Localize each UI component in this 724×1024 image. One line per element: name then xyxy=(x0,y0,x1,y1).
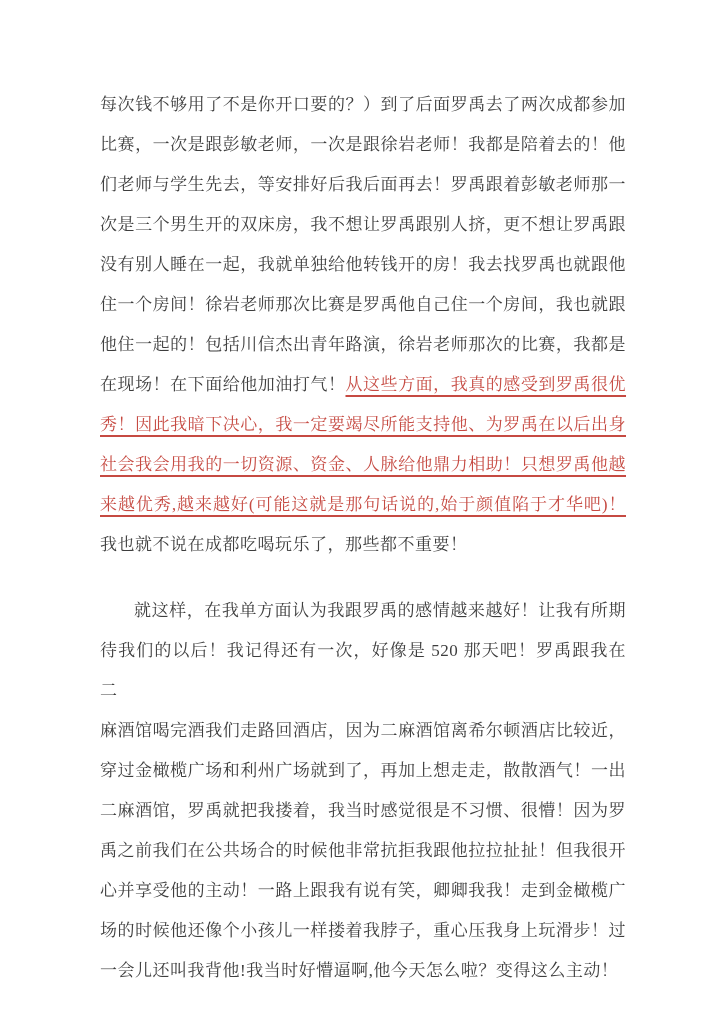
text-segment: 在现场！在下面给他加油打气！ xyxy=(100,375,345,394)
text-line: 比赛，一次是跟彭敏老师，一次是跟徐岩老师！我都是陪着去的！他 xyxy=(100,125,626,165)
text-segment: 穿过金橄榄广场和利州广场就到了，再加上想走走，散散酒气！一出 xyxy=(100,761,626,780)
paragraph: 每次钱不够用了不是你开口要的？）到了后面罗禹去了两次成都参加比赛，一次是跟彭敏老… xyxy=(100,85,626,565)
document-page: 每次钱不够用了不是你开口要的？）到了后面罗禹去了两次成都参加比赛，一次是跟彭敏老… xyxy=(0,0,724,1024)
highlighted-text-segment: 社会我会用我的一切资源、资金、人脉给他鼎力相助！只想罗禹他越 xyxy=(100,455,626,474)
highlighted-text-segment: 来越优秀,越来越好(可能这就是那句话说的,始于颜值陷于才华吧)！ xyxy=(100,495,626,514)
text-line: 秀！因此我暗下决心，我一定要竭尽所能支持他、为罗禹在以后出身 xyxy=(100,405,626,445)
text-line: 二麻酒馆，罗禹就把我搂着，我当时感觉很是不习惯、很懵！因为罗 xyxy=(100,791,626,831)
text-line: 在现场！在下面给他加油打气！从这些方面，我真的感受到罗禹很优 xyxy=(100,365,626,405)
text-line: 场的时候他还像个小孩儿一样搂着我脖子，重心压我身上玩滑步！过 xyxy=(100,911,626,951)
text-segment: 比赛，一次是跟彭敏老师，一次是跟徐岩老师！我都是陪着去的！他 xyxy=(100,135,626,154)
paragraph: 就这样，在我单方面认为我跟罗禹的感情越来越好！让我有所期待我们的以后！我记得还有… xyxy=(100,591,626,991)
text-line: 待我们的以后！我记得还有一次，好像是 520 那天吧！罗禹跟我在二 xyxy=(100,631,626,711)
text-line: 每次钱不够用了不是你开口要的？）到了后面罗禹去了两次成都参加 xyxy=(100,85,626,125)
text-segment: 禹之前我们在公共场合的时候他非常抗拒我跟他拉拉扯扯！但我很开 xyxy=(100,841,626,860)
text-segment: 我也就不说在成都吃喝玩乐了，那些都不重要！ xyxy=(100,535,468,554)
text-line: 社会我会用我的一切资源、资金、人脉给他鼎力相助！只想罗禹他越 xyxy=(100,445,626,485)
highlighted-text-segment: 秀！因此我暗下决心，我一定要竭尽所能支持他、为罗禹在以后出身 xyxy=(100,415,626,434)
text-line: 麻酒馆喝完酒我们走路回酒店，因为二麻酒馆离希尔顿酒店比较近， xyxy=(100,711,626,751)
highlighted-text-segment: 从这些方面，我真的感受到罗禹很优 xyxy=(345,375,626,394)
text-segment: 住一个房间！徐岩老师那次比赛是罗禹他自己住一个房间，我也就跟 xyxy=(100,295,626,314)
text-segment: 次是三个男生开的双床房，我不想让罗禹跟别人挤，更不想让罗禹跟 xyxy=(100,215,626,234)
text-line: 们老师与学生先去，等安排好后我后面再去！罗禹跟着彭敏老师那一 xyxy=(100,165,626,205)
text-segment: 们老师与学生先去，等安排好后我后面再去！罗禹跟着彭敏老师那一 xyxy=(100,175,626,194)
text-segment: 一会儿还叫我背他!我当时好懵逼啊,他今天怎么啦？变得这么主动！ xyxy=(100,961,618,980)
text-segment: 二麻酒馆，罗禹就把我搂着，我当时感觉很是不习惯、很懵！因为罗 xyxy=(100,801,626,820)
text-line: 我也就不说在成都吃喝玩乐了，那些都不重要！ xyxy=(100,525,626,565)
text-segment: 待我们的以后！我记得还有一次，好像是 520 那天吧！罗禹跟我在二 xyxy=(100,641,626,700)
text-segment: 每次钱不够用了不是你开口要的？）到了后面罗禹去了两次成都参加 xyxy=(100,95,626,114)
text-line: 来越优秀,越来越好(可能这就是那句话说的,始于颜值陷于才华吧)！ xyxy=(100,485,626,525)
text-segment: 没有别人睡在一起，我就单独给他转钱开的房！我去找罗禹也就跟他 xyxy=(100,255,626,274)
text-segment: 麻酒馆喝完酒我们走路回酒店，因为二麻酒馆离希尔顿酒店比较近， xyxy=(100,721,626,740)
text-line: 他住一起的！包括川信杰出青年路演，徐岩老师那次的比赛，我都是 xyxy=(100,325,626,365)
text-line: 住一个房间！徐岩老师那次比赛是罗禹他自己住一个房间，我也就跟 xyxy=(100,285,626,325)
text-line: 次是三个男生开的双床房，我不想让罗禹跟别人挤，更不想让罗禹跟 xyxy=(100,205,626,245)
text-line: 没有别人睡在一起，我就单独给他转钱开的房！我去找罗禹也就跟他 xyxy=(100,245,626,285)
text-line: 禹之前我们在公共场合的时候他非常抗拒我跟他拉拉扯扯！但我很开 xyxy=(100,831,626,871)
text-line: 心并享受他的主动！一路上跟我有说有笑，卿卿我我！走到金橄榄广 xyxy=(100,871,626,911)
text-segment: 就这样，在我单方面认为我跟罗禹的感情越来越好！让我有所期 xyxy=(134,601,626,620)
text-segment: 他住一起的！包括川信杰出青年路演，徐岩老师那次的比赛，我都是 xyxy=(100,335,626,354)
text-line: 就这样，在我单方面认为我跟罗禹的感情越来越好！让我有所期 xyxy=(100,591,626,631)
text-line: 一会儿还叫我背他!我当时好懵逼啊,他今天怎么啦？变得这么主动！ xyxy=(100,951,626,991)
text-segment: 场的时候他还像个小孩儿一样搂着我脖子，重心压我身上玩滑步！过 xyxy=(100,921,626,940)
text-segment: 心并享受他的主动！一路上跟我有说有笑，卿卿我我！走到金橄榄广 xyxy=(100,881,626,900)
text-line: 穿过金橄榄广场和利州广场就到了，再加上想走走，散散酒气！一出 xyxy=(100,751,626,791)
